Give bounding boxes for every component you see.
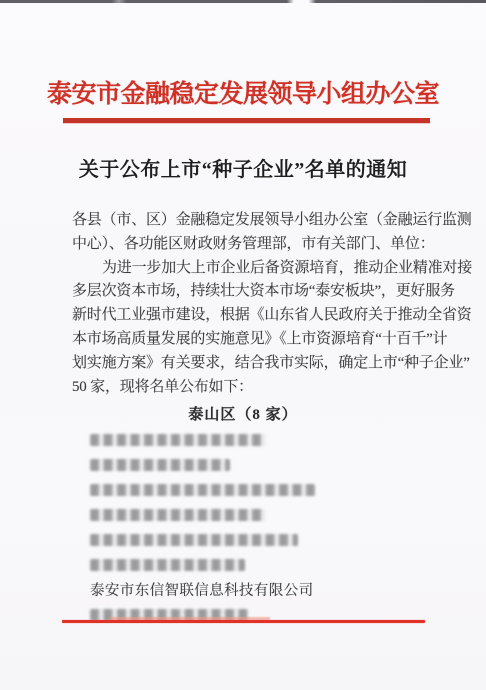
- company-name: 泰安市东信智联信息科技有限公司: [90, 583, 314, 599]
- salutation-paragraph: 各县（市、区）金融稳定发展领导小组办公室（金融运行监测中心）、各功能区财政财务管…: [72, 209, 476, 257]
- red-underline-annotation: [62, 620, 425, 623]
- redacted-company-name: [90, 434, 265, 446]
- company-list: 泰安市东信智联信息科技有限公司: [90, 429, 450, 629]
- company-list-item: [90, 454, 450, 479]
- redacted-company-name: [90, 559, 245, 571]
- letterhead-org-name: 泰安市金融稳定发展领导小组办公室: [0, 74, 486, 110]
- body-line: 本市场高质量发展的实施意见》《上市资源培育“十百千”计: [72, 328, 476, 352]
- body-line: 新时代工业强市建设，根据《山东省人民政府关于推动全省资: [72, 304, 476, 328]
- body-line: 划实施方案》有关要求，结合我市实际，确定上市“种子企业”: [72, 352, 476, 376]
- redacted-company-name: [90, 509, 265, 521]
- company-list-item: 泰安市东信智联信息科技有限公司: [90, 579, 450, 604]
- company-list-item: [90, 429, 450, 454]
- scan-edge-artifact: [0, 0, 486, 3]
- scanned-document-page: 泰安市金融稳定发展领导小组办公室 关于公布上市“种子企业”名单的通知 各县（市、…: [0, 0, 486, 690]
- document-body: 各县（市、区）金融稳定发展领导小组办公室（金融运行监测中心）、各功能区财政财务管…: [72, 209, 476, 399]
- body-line: 50 家，现将名单公布如下：: [72, 376, 476, 400]
- redacted-company-name: [90, 484, 315, 496]
- main-paragraph: 为进一步加大上市企业后备资源培育，推动企业精准对接多层次资本市场，持续壮大资本市…: [72, 257, 476, 400]
- body-line: 为进一步加大上市企业后备资源培育，推动企业精准对接: [72, 257, 476, 281]
- salutation-line: 中心）、各功能区财政财务管理部，市有关部门、单位：: [72, 233, 476, 257]
- letterhead-divider-line: [63, 118, 430, 123]
- salutation-line: 各县（市、区）金融稳定发展领导小组办公室（金融运行监测: [72, 209, 476, 233]
- redacted-company-name: [90, 534, 298, 546]
- company-list-item: [90, 479, 450, 504]
- company-list-item: [90, 504, 450, 529]
- company-list-item: [90, 529, 450, 554]
- document-title: 关于公布上市“种子企业”名单的通知: [0, 153, 486, 182]
- redacted-company-name: [90, 459, 230, 471]
- company-list-item: [90, 554, 450, 579]
- body-line: 多层次资本市场，持续壮大资本市场“泰安板块”，更好服务: [72, 280, 476, 304]
- district-section-heading: 泰山区（8 家）: [0, 403, 486, 424]
